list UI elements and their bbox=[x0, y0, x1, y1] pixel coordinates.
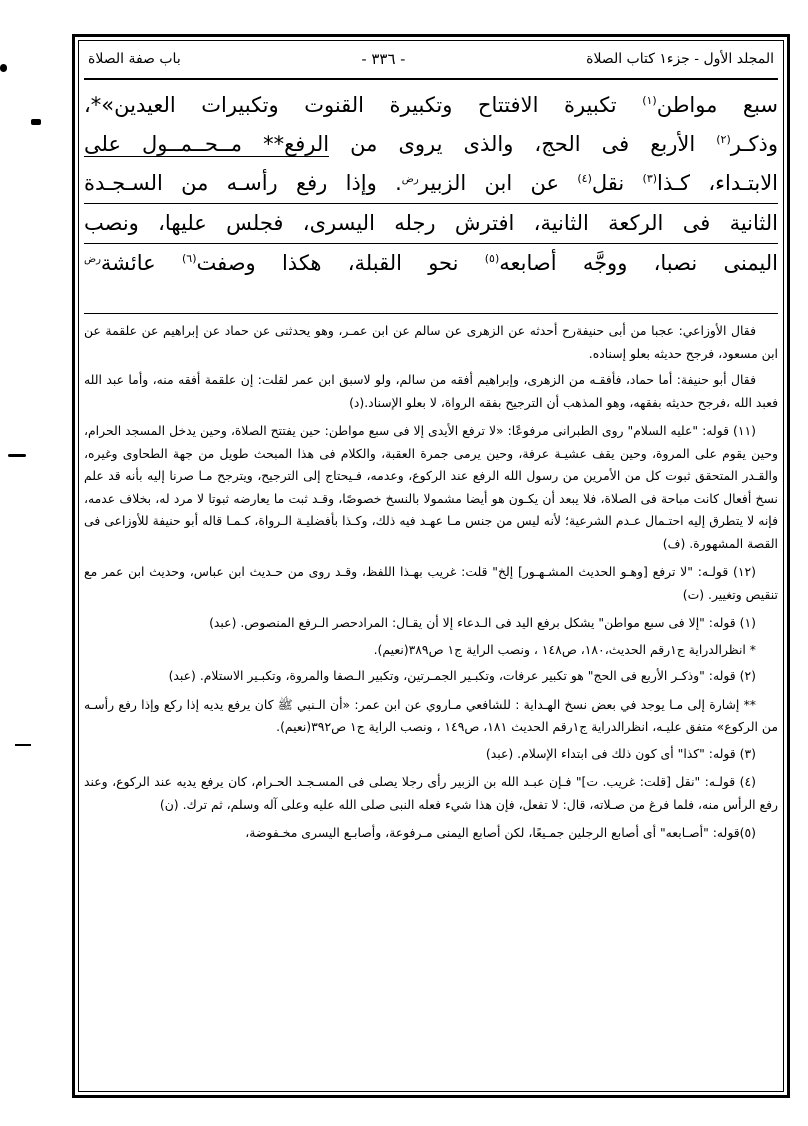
underlined-text: ** مــحــمــول على bbox=[84, 132, 284, 157]
main-line: وذكـر(٢) الأربع فى الحج، والذى يروى من ا… bbox=[84, 125, 778, 164]
main-line: سبع مواطن(١) تكبيرة الافتتاح وتكبيرة الق… bbox=[84, 86, 778, 125]
footnote: (١١) قوله: "عليه السلام" روى الطبرانى مر… bbox=[84, 420, 778, 555]
footnote: (٢) قوله: "وذكـر الأربع فى الحج" هو تكبي… bbox=[84, 665, 778, 688]
footnote: (٣) قوله: "كذا" أى كون ذلك فى ابتداء الإ… bbox=[84, 743, 778, 766]
page-number: - ٣٣٦ - bbox=[361, 50, 405, 68]
footnote-ref[interactable]: (٥) bbox=[485, 252, 500, 265]
main-line: اليمنى نصبا، ووجَّه أصابعه(٥) نحو القبلة… bbox=[84, 244, 778, 283]
underlined-term: الرفع bbox=[284, 132, 329, 157]
footnotes: فقال الأوزاعي: عجبا من أبى حنيفةرح أحدثه… bbox=[84, 320, 778, 845]
scan-speck bbox=[31, 119, 41, 125]
honorific-mark: رض bbox=[402, 174, 419, 185]
footnote: (٤) قولـه: "نقل [قلت: غريب. ت]" فـإن عبـ… bbox=[84, 771, 778, 816]
main-text: سبع مواطن(١) تكبيرة الافتتاح وتكبيرة الق… bbox=[84, 80, 778, 283]
footnote-divider bbox=[84, 313, 778, 314]
footnote: (١) قوله: "إلا فى سبع مواطن" يشكل برفع ا… bbox=[84, 612, 778, 635]
page: المجلد الأول - جزء١ كتاب الصلاة - ٣٣٦ - … bbox=[84, 40, 778, 1090]
scan-speck bbox=[8, 454, 26, 457]
scan-speck bbox=[15, 744, 31, 746]
running-header: المجلد الأول - جزء١ كتاب الصلاة - ٣٣٦ - … bbox=[84, 40, 778, 80]
footnote-ref[interactable]: (٦) bbox=[182, 252, 197, 265]
header-volume-label: المجلد الأول - جزء١ كتاب الصلاة bbox=[586, 51, 774, 67]
footnote: (٥)قوله: "أصـابعه" أى أصابع الرجلين جمـي… bbox=[84, 822, 778, 845]
footnote: * انظرالدراية ج١رقم الحديث،١٨٠، ص١٤٨ ، و… bbox=[84, 639, 778, 662]
header-chapter-label: باب صفة الصلاة bbox=[88, 51, 181, 67]
footnote: ** إشارة إلى مـا يوجد في بعض نسخ الهـداي… bbox=[84, 694, 778, 739]
scan-speck bbox=[0, 64, 7, 72]
footnote: فقال أبو حنيفة: أما حماد، فأفقـه من الزه… bbox=[84, 369, 778, 414]
main-line: الثانية فى الركعة الثانية، افترش رجله ال… bbox=[84, 204, 778, 244]
footnote: فقال الأوزاعي: عجبا من أبى حنيفةرح أحدثه… bbox=[84, 320, 778, 365]
footnote-ref[interactable]: (٢) bbox=[716, 133, 731, 146]
footnote: (١٢) قولـه: "لا ترفع [وهـو الحديث المشـه… bbox=[84, 561, 778, 606]
main-line: الابتـداء، كـذا(٣) نقل(٤) عن ابن الزبيرر… bbox=[84, 164, 778, 204]
honorific-mark: رض bbox=[84, 254, 101, 265]
footnote-ref[interactable]: (٤) bbox=[577, 172, 592, 185]
footnote-ref[interactable]: (١) bbox=[642, 94, 657, 107]
footnote-ref[interactable]: (٣) bbox=[643, 172, 658, 185]
